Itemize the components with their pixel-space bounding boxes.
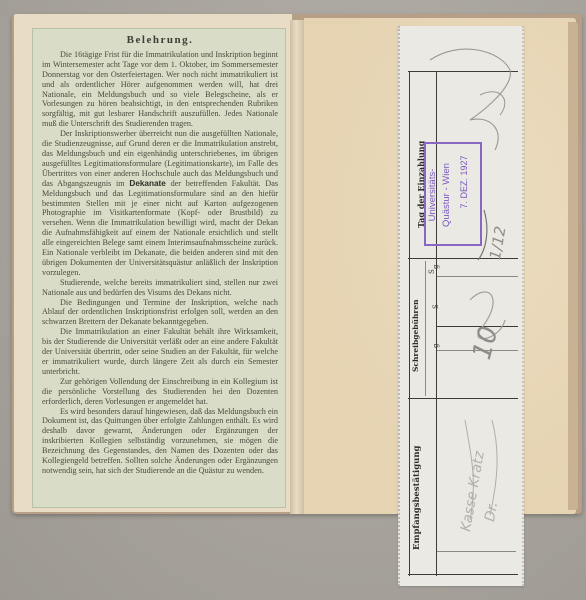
- paragraph-6: Zur gehörigen Vollendung der Einschreibu…: [42, 377, 278, 407]
- slip-rule-vertical-thin: [425, 261, 426, 396]
- stamp-line-2: Quästur - Wien: [441, 146, 452, 244]
- label-fees: Schreibgebühren: [411, 299, 420, 372]
- slip-rule-thin: [436, 276, 518, 277]
- paragraph-7: Es wird besonders darauf hingewiesen, da…: [42, 407, 278, 476]
- paragraph-5: Die Immatrikulation an einer Fakultät be…: [42, 327, 278, 377]
- instructions-title: Belehrung.: [42, 36, 278, 46]
- paragraph-1: Die 16tägige Frist für die Immatrikulati…: [42, 50, 278, 129]
- column-mark: g: [432, 265, 440, 269]
- slip-rule: [408, 574, 518, 575]
- column-mark: S: [428, 269, 436, 274]
- column-mark: g: [432, 344, 440, 348]
- column-mark: S: [432, 304, 440, 309]
- handwritten-initials: Dr.: [482, 501, 501, 523]
- paragraph-2: Der Inskriptionswerber überreicht nun di…: [42, 129, 278, 278]
- paragraph-3: Studierende, welche bereits immatrikulie…: [42, 278, 278, 298]
- slip-rule: [408, 71, 518, 72]
- slip-rule-thin: [436, 551, 516, 552]
- emphasized-word: Dekanate: [129, 179, 165, 188]
- stamp-date: 7. DEZ. 1927: [459, 142, 470, 222]
- right-page-edge: [568, 22, 578, 510]
- instructions-text: Belehrung. Die 16tägige Frist für die Im…: [42, 36, 278, 476]
- slip-rule-vertical: [409, 71, 410, 576]
- slip-rule: [408, 398, 518, 399]
- paragraph-4: Die Bedingungen und Termine der Inskript…: [42, 298, 278, 328]
- stamp-line-1: Universitäts-: [427, 146, 438, 244]
- label-receipt-confirmation: Empfangsbestätigung: [412, 446, 422, 550]
- paragraph-2-end: der betreffenden Fakultät. Das Meldungsb…: [42, 179, 278, 277]
